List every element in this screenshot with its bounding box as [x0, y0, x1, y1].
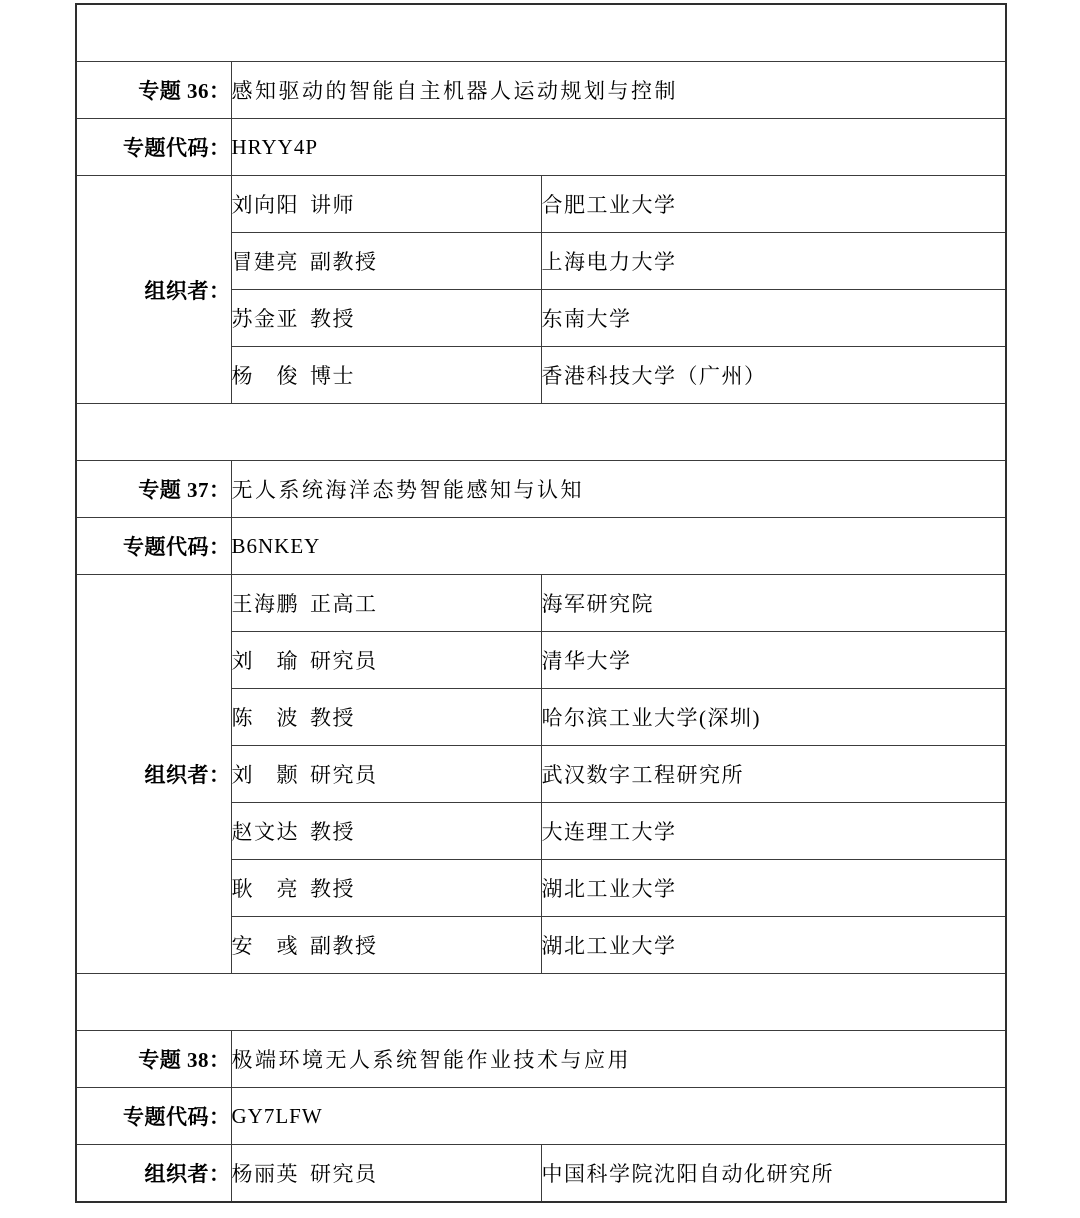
organizer-name: 杨丽英 [232, 1162, 300, 1186]
organizer-title: 正高工 [310, 592, 378, 616]
spacer-cell [76, 974, 1006, 1031]
organizer-row: 组织者：杨丽英研究员中国科学院沈阳自动化研究所 [76, 1145, 1006, 1203]
organizer-affiliation: 合肥工业大学 [541, 176, 1006, 233]
organizer-title: 教授 [310, 877, 355, 901]
organizer-name: 刘向阳 [232, 193, 300, 217]
organizer-name: 刘 瑜 [232, 649, 300, 673]
organizer-title: 教授 [310, 307, 355, 331]
organizer-affiliation: 上海电力大学 [541, 233, 1006, 290]
organizer-title: 讲师 [310, 193, 355, 217]
topic-row: 专题 38：极端环境无人系统智能作业技术与应用 [76, 1031, 1006, 1088]
organizer-name: 王海鹏 [232, 592, 300, 616]
organizer-title: 副教授 [310, 250, 378, 274]
spacer-row [76, 404, 1006, 461]
organizer-affiliation: 哈尔滨工业大学(深圳) [541, 689, 1006, 746]
topic-label: 专题 36： [76, 62, 231, 119]
organizer-affiliation: 湖北工业大学 [541, 917, 1006, 974]
code-label: 专题代码： [76, 518, 231, 575]
organizer-title: 教授 [310, 706, 355, 730]
organizer-title: 研究员 [310, 763, 378, 787]
organizer-title: 研究员 [310, 1162, 378, 1186]
organizer-affiliation: 香港科技大学（广州） [541, 347, 1006, 404]
organizer-name: 刘 颢 [232, 763, 300, 787]
topic-label: 专题 37： [76, 461, 231, 518]
organizer-affiliation: 大连理工大学 [541, 803, 1006, 860]
code-row: 专题代码：HRYY4P [76, 119, 1006, 176]
organizer-name: 安 彧 [232, 934, 300, 958]
document-page: 专题 36：感知驱动的智能自主机器人运动规划与控制专题代码：HRYY4P组织者：… [0, 0, 1080, 1218]
organizer-name: 赵文达 [232, 820, 300, 844]
organizer-name: 冒建亮 [232, 250, 300, 274]
organizer-row: 组织者：王海鹏正高工海军研究院 [76, 575, 1006, 632]
organizer-name-cell: 赵文达教授 [231, 803, 541, 860]
topic-code: B6NKEY [231, 518, 1006, 575]
code-label: 专题代码： [76, 1088, 231, 1145]
topics-table-body: 专题 36：感知驱动的智能自主机器人运动规划与控制专题代码：HRYY4P组织者：… [76, 4, 1006, 1202]
organizer-row: 组织者：刘向阳讲师合肥工业大学 [76, 176, 1006, 233]
topic-row: 专题 37：无人系统海洋态势智能感知与认知 [76, 461, 1006, 518]
topic-title: 感知驱动的智能自主机器人运动规划与控制 [231, 62, 1006, 119]
spacer-cell [76, 404, 1006, 461]
organizer-name: 苏金亚 [232, 307, 300, 331]
code-row: 专题代码：GY7LFW [76, 1088, 1006, 1145]
spacer-cell [76, 4, 1006, 62]
organizer-name-cell: 杨 俊博士 [231, 347, 541, 404]
organizer-name: 陈 波 [232, 706, 300, 730]
organizer-affiliation: 中国科学院沈阳自动化研究所 [541, 1145, 1006, 1203]
organizers-label: 组织者： [76, 1145, 231, 1203]
organizer-name: 杨 俊 [232, 364, 300, 388]
organizer-name-cell: 王海鹏正高工 [231, 575, 541, 632]
organizer-name-cell: 刘 颢研究员 [231, 746, 541, 803]
organizer-title: 教授 [310, 820, 355, 844]
organizers-label: 组织者： [76, 575, 231, 974]
organizer-name-cell: 刘向阳讲师 [231, 176, 541, 233]
organizer-affiliation: 东南大学 [541, 290, 1006, 347]
organizer-affiliation: 清华大学 [541, 632, 1006, 689]
code-row: 专题代码：B6NKEY [76, 518, 1006, 575]
organizer-title: 副教授 [310, 934, 378, 958]
organizer-name-cell: 耿 亮教授 [231, 860, 541, 917]
organizer-affiliation: 湖北工业大学 [541, 860, 1006, 917]
organizers-label: 组织者： [76, 176, 231, 404]
organizer-name-cell: 刘 瑜研究员 [231, 632, 541, 689]
organizer-name-cell: 苏金亚教授 [231, 290, 541, 347]
spacer-row [76, 4, 1006, 62]
organizer-affiliation: 武汉数字工程研究所 [541, 746, 1006, 803]
code-label: 专题代码： [76, 119, 231, 176]
organizer-name: 耿 亮 [232, 877, 300, 901]
organizer-name-cell: 安 彧副教授 [231, 917, 541, 974]
topic-title: 极端环境无人系统智能作业技术与应用 [231, 1031, 1006, 1088]
topics-table: 专题 36：感知驱动的智能自主机器人运动规划与控制专题代码：HRYY4P组织者：… [75, 3, 1007, 1203]
organizer-name-cell: 冒建亮副教授 [231, 233, 541, 290]
topic-code: GY7LFW [231, 1088, 1006, 1145]
organizer-title: 博士 [310, 364, 355, 388]
topic-label: 专题 38： [76, 1031, 231, 1088]
organizer-title: 研究员 [310, 649, 378, 673]
spacer-row [76, 974, 1006, 1031]
topic-code: HRYY4P [231, 119, 1006, 176]
organizer-affiliation: 海军研究院 [541, 575, 1006, 632]
organizer-name-cell: 杨丽英研究员 [231, 1145, 541, 1203]
topic-row: 专题 36：感知驱动的智能自主机器人运动规划与控制 [76, 62, 1006, 119]
organizer-name-cell: 陈 波教授 [231, 689, 541, 746]
topic-title: 无人系统海洋态势智能感知与认知 [231, 461, 1006, 518]
